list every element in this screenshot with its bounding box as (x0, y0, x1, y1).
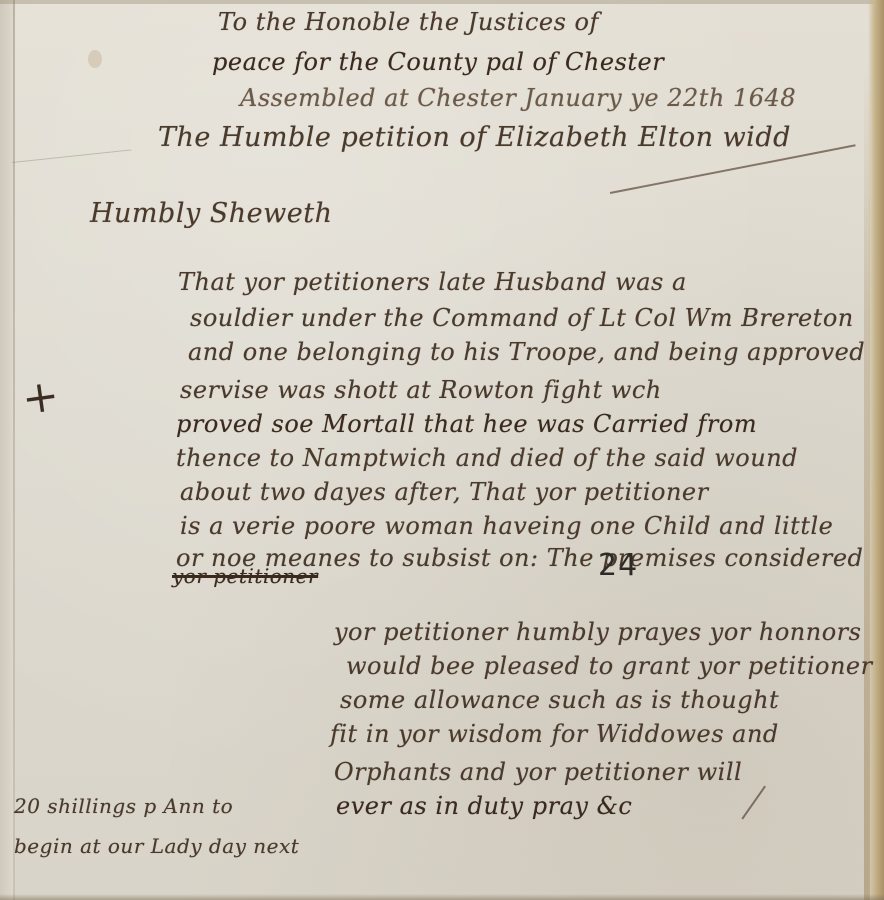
paper-stain (88, 50, 102, 68)
body-line-5: proved soe Mortall that hee was Carried … (176, 412, 757, 436)
manuscript-page: To the Honoble the Justices of peace for… (0, 0, 884, 900)
right-torn-edge (868, 0, 884, 900)
body-line-8: is a verie poore woman haveing one Child… (180, 514, 833, 538)
prayer-line-1: yor petitioner humbly prayes yor honnors (334, 620, 861, 644)
address-line-3: Assembled at Chester January ye 22th 164… (240, 86, 796, 110)
top-edge (0, 0, 884, 4)
prayer-line-2: would bee pleased to grant yor petitione… (346, 654, 873, 678)
petition-title: The Humble petition of Elizabeth Elton w… (158, 124, 791, 151)
prayer-line-4: fit in yor wisdom for Widdowes and (330, 722, 779, 746)
left-margin-shade (0, 0, 13, 900)
bottom-edge (0, 894, 884, 900)
prayer-line-3: some allowance such as is thought (340, 688, 779, 712)
body-line-2: souldier under the Command of Lt Col Wm … (190, 306, 854, 330)
salutation: Humbly Sheweth (90, 200, 333, 227)
prayer-line-5: Orphants and yor petitioner will (334, 760, 742, 784)
body-line-3: and one belonging to his Troope, and bei… (188, 340, 865, 364)
address-line-2: peace for the County pal of Chester (212, 50, 664, 74)
marginal-note-line-1: 20 shillings p Ann to (14, 796, 233, 816)
body-line-4: servise was shott at Rowton fight wch (180, 378, 662, 402)
margin-cross-mark: + (19, 370, 63, 426)
body-line-6: thence to Namptwich and died of the said… (176, 446, 798, 470)
closing-flourish (741, 786, 765, 820)
paper-crease (12, 149, 131, 163)
archive-folio-number: 24 (598, 548, 638, 583)
body-line-1: That yor petitioners late Husband was a (178, 270, 687, 294)
body-line-7: about two dayes after, That yor petition… (180, 480, 709, 504)
marginal-note-line-2: begin at our Lady day next (14, 836, 299, 856)
address-line-1: To the Honoble the Justices of (218, 10, 599, 34)
prayer-line-6: ever as in duty pray &c (336, 794, 632, 818)
struck-out-text: yor petitioner (172, 566, 318, 586)
left-fold-line (13, 0, 15, 900)
